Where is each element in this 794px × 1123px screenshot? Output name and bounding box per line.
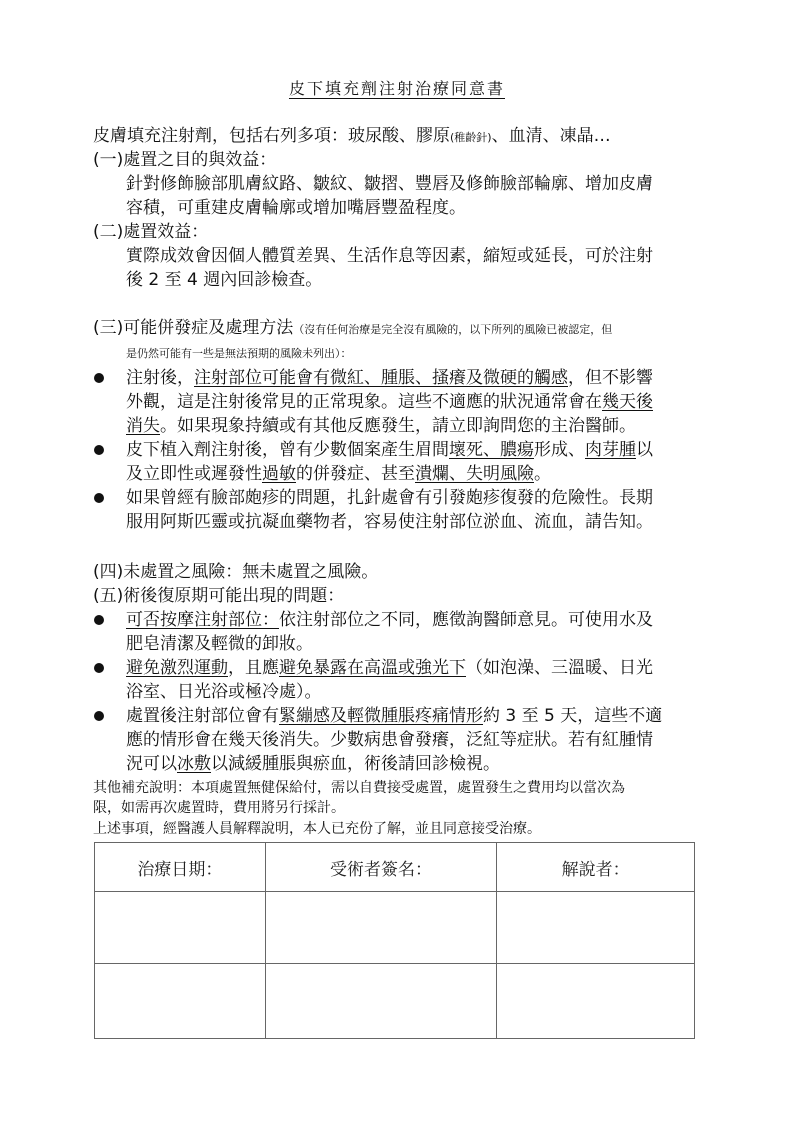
text: 處置後注射部位會有: [126, 706, 279, 726]
patient-signature-cell[interactable]: [265, 964, 497, 1039]
bullet-icon: [94, 493, 104, 503]
underlined-text: 避免激烈運動: [126, 658, 228, 678]
text: 外觀，這是注射後常見的正常現象。這些不適應的狀況通常會在: [126, 392, 602, 412]
section1-heading: (一)處置之目的與效益：: [93, 148, 276, 172]
bullet-icon: [94, 711, 104, 721]
table-header-row: 治療日期： 受術者簽名： 解說者：: [95, 843, 695, 892]
section3-heading-line: (三)可能併發症及處理方法（沒有任何治療是完全沒有風險的，以下所列的風險已被認定…: [93, 316, 612, 340]
text: 約 3 至 5 天，這些不適: [483, 706, 662, 726]
treatment-date-cell[interactable]: [95, 964, 266, 1039]
underlined-text: 可否按摩注射部位：: [126, 610, 279, 630]
bullet-icon: [94, 445, 104, 455]
text: ，但不影響: [568, 368, 653, 388]
section2-line: 後 2 至 4 週內回診檢查。: [126, 268, 322, 292]
intro-line: 皮膚填充注射劑，包括右列多項：玻尿酸、膠原(稚齡針)、血清、凍晶…: [93, 124, 611, 148]
text: 的併發症、甚至: [296, 464, 415, 484]
section4-text: (四)未處置之風險：無未處置之風險。: [93, 560, 378, 584]
section3-heading: (三)可能併發症及處理方法: [93, 318, 293, 338]
treatment-date-cell[interactable]: [95, 892, 266, 964]
text: 形成、: [534, 440, 585, 460]
section5-bullet1-line1: 可否按摩注射部位：依注射部位之不同，應徵詢醫師意見。可使用水及: [126, 608, 653, 632]
section5-bullet3-line3: 況可以冰敷以減緩腫脹與瘀血，術後請回診檢視。: [126, 752, 500, 776]
intro-text: 皮膚填充注射劑，包括右列多項：玻尿酸、膠原: [93, 126, 450, 146]
underlined-text: 緊繃感及輕微腫脹疼痛情形: [279, 706, 483, 726]
underlined-text: 壞死、膿瘍: [449, 440, 534, 460]
underlined-text: 避免暴露在高溫或強光下: [279, 658, 466, 678]
section1-line: 容積，可重建皮膚輪廓或增加嘴唇豐盈程度。: [126, 196, 466, 220]
section2-heading: (二)處置效益：: [93, 220, 208, 244]
text: 以: [636, 440, 653, 460]
text: 依注射部位之不同，應徵詢醫師意見。可使用水及: [279, 610, 653, 630]
underlined-text: 肉芽腫: [585, 440, 636, 460]
section3-bullet1-line2: 外觀，這是注射後常見的正常現象。這些不適應的狀況通常會在幾天後: [126, 390, 653, 414]
text: （如泡澡、三溫暖、日光: [466, 658, 653, 678]
header-patient-signature: 受術者簽名：: [265, 843, 497, 892]
patient-signature-cell[interactable]: [265, 892, 497, 964]
header-explainer: 解說者：: [497, 843, 695, 892]
text: ，且應: [228, 658, 279, 678]
intro-small-note: (稚齡針): [450, 131, 492, 144]
section2-line: 實際成效會因個人體質差異、生活作息等因素，縮短或延長，可於注射: [126, 244, 653, 268]
text: 以減緩腫脹與瘀血，術後請回診檢視。: [211, 754, 500, 774]
section3-bullet3-line2: 服用阿斯匹靈或抗凝血藥物者，容易使注射部位淤血、流血，請告知。: [126, 510, 653, 534]
section3-note: （沒有任何治療是完全沒有風險的，以下所列的風險已被認定，但: [293, 323, 612, 336]
text: 。: [534, 464, 551, 484]
underlined-text: 過敏: [262, 464, 296, 484]
header-treatment-date: 治療日期：: [95, 843, 266, 892]
explainer-cell[interactable]: [497, 892, 695, 964]
section5-bullet3-line1: 處置後注射部位會有緊繃感及輕微腫脹疼痛情形約 3 至 5 天，這些不適: [126, 704, 662, 728]
section3-bullet3-line1: 如果曾經有臉部皰疹的問題，扎針處會有引發皰疹復發的危險性。長期: [126, 486, 653, 510]
intro-tail: 、血清、凍晶…: [492, 126, 611, 146]
section5-bullet1-line2: 肥皂清潔及輕微的卸妝。: [126, 632, 313, 656]
underlined-text: 潰爛、失明風險: [415, 464, 534, 484]
section3-note-cont: 是仍然可能有一些是無法預期的風險未列出）：: [126, 342, 352, 366]
document-title: 皮下填充劑注射治療同意書: [0, 76, 794, 99]
text: 皮下植入劑注射後，曾有少數個案產生眉間: [126, 440, 449, 460]
signature-table: 治療日期： 受術者簽名： 解說者：: [94, 842, 695, 1039]
table-row: [95, 892, 695, 964]
section5-bullet2-line1: 避免激烈運動，且應避免暴露在高溫或強光下（如泡澡、三溫暖、日光: [126, 656, 653, 680]
underlined-text: 冰敷: [177, 754, 211, 774]
bullet-icon: [94, 663, 104, 673]
section1-line: 針對修飾臉部肌膚紋路、皺紋、皺摺、豐唇及修飾臉部輪廓、增加皮膚: [126, 172, 653, 196]
underlined-text: 幾天後: [602, 392, 653, 412]
text: 況可以: [126, 754, 177, 774]
section3-bullet1-line1: 注射後，注射部位可能會有微紅、腫脹、搔癢及微硬的觸感，但不影響: [126, 366, 653, 390]
section5-bullet3-line2: 應的情形會在幾天後消失。少數病患會發癢，泛紅等症狀。若有紅腫情: [126, 728, 653, 752]
section5-bullet2-line2: 浴室、日光浴或極冷處）。: [126, 680, 322, 704]
underlined-text: 注射部位可能會有微紅、腫脹、搔癢及微硬的觸感: [194, 368, 568, 388]
supplement-line1: 其他補充說明：本項處置無健保給付，需以自費接受處置，處置發生之費用均以當次為: [93, 778, 625, 798]
table-row: [95, 964, 695, 1039]
text: 注射後，: [126, 368, 194, 388]
consent-statement: 上述事項，經醫護人員解釋說明，本人已充份了解，並且同意接受治療。: [93, 819, 541, 839]
underlined-text: 消失: [126, 416, 160, 436]
section5-heading: (五)術後復原期可能出現的問題：: [93, 584, 344, 608]
section3-bullet2-line1: 皮下植入劑注射後，曾有少數個案產生眉間壞死、膿瘍形成、肉芽腫以: [126, 438, 653, 462]
section3-bullet1-line3: 消失。如果現象持續或有其他反應發生，請立即詢問您的主治醫師。: [126, 414, 636, 438]
section3-bullet2-line2: 及立即性或遲發性過敏的併發症、甚至潰爛、失明風險。: [126, 462, 551, 486]
text: 及立即性或遲發性: [126, 464, 262, 484]
explainer-cell[interactable]: [497, 964, 695, 1039]
bullet-icon: [94, 615, 104, 625]
text: 。如果現象持續或有其他反應發生，請立即詢問您的主治醫師。: [160, 416, 636, 436]
bullet-icon: [94, 373, 104, 383]
supplement-line2: 限，如需再次處置時，費用將另行採計。: [93, 798, 345, 818]
